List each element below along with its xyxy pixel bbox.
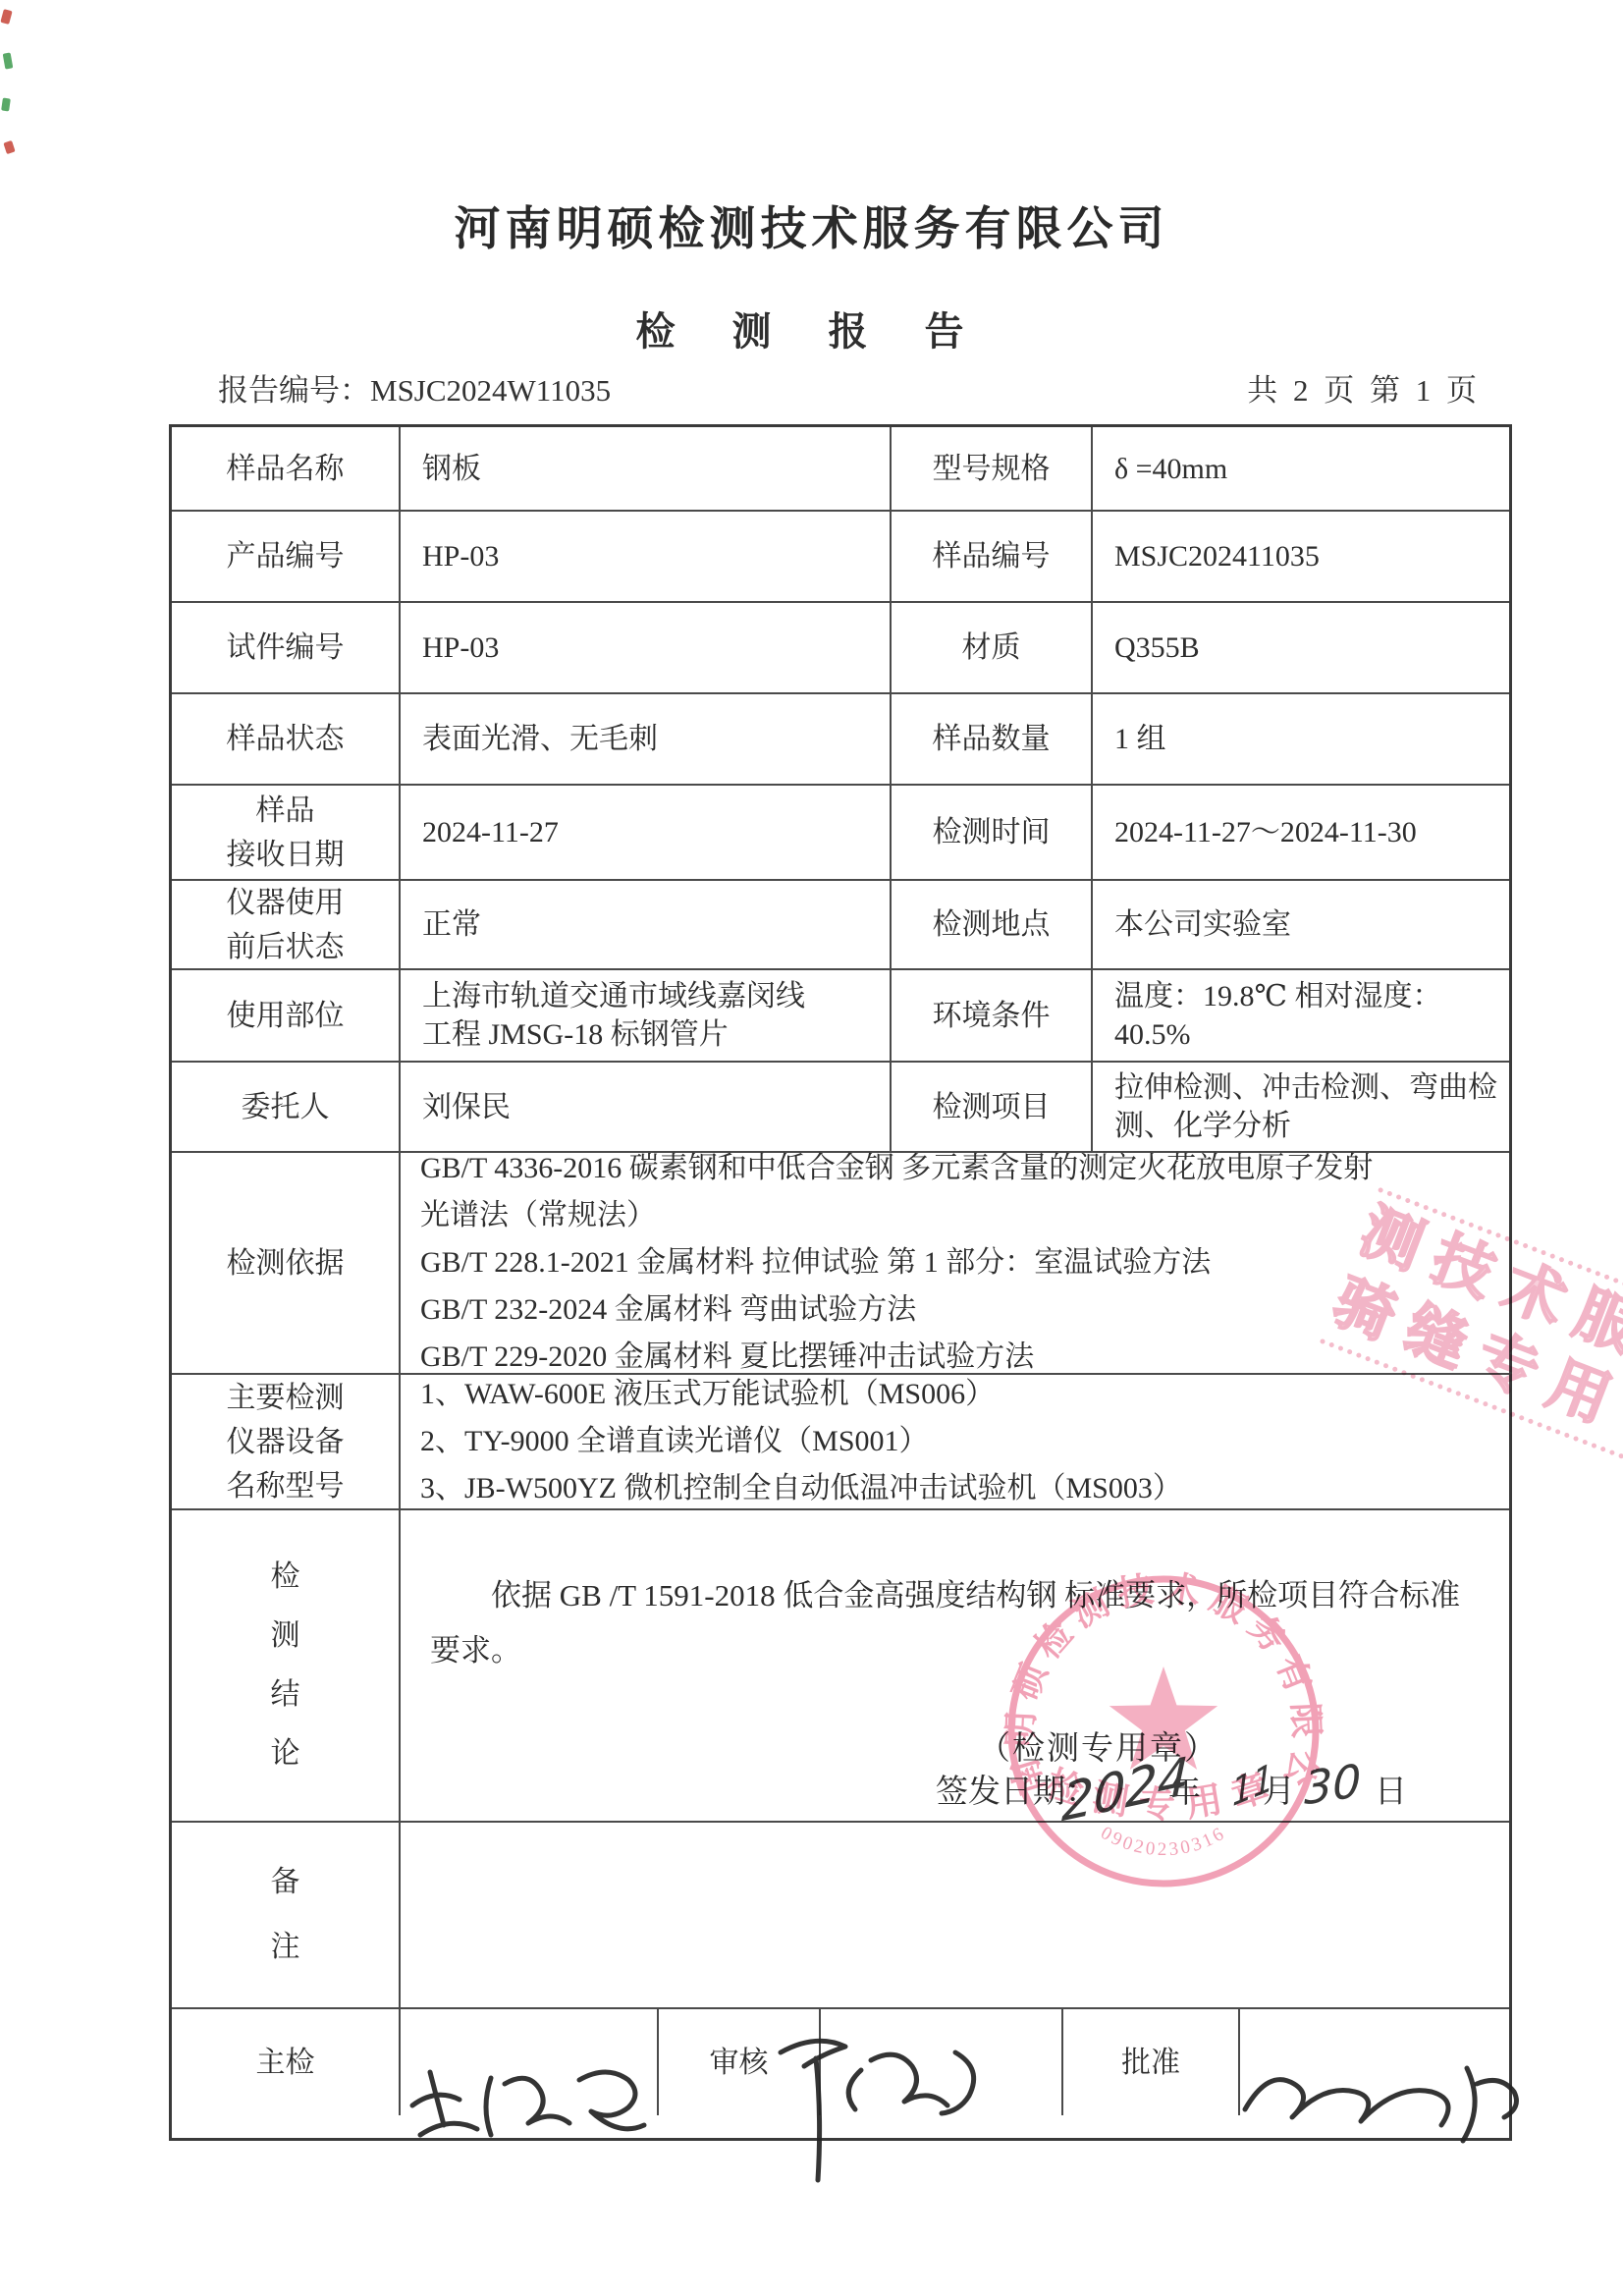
- field-label-specimen-no: 试件编号: [172, 603, 401, 692]
- report-number-label: 报告编号：: [218, 373, 370, 408]
- field-label-equipment: 主要检测 仪器设备 名称型号: [172, 1375, 401, 1508]
- field-label-sample-qty: 样品数量: [892, 694, 1093, 784]
- field-value-sample-qty: 1 组: [1093, 694, 1509, 784]
- field-label-receive-date: 样品 接收日期: [172, 786, 401, 879]
- table-row-conclusion: 检 测 结 论 依据 GB /T 1591-2018 低合金高强度结构钢 标准要…: [172, 1510, 1509, 1823]
- inspector-label: 主检: [172, 2009, 401, 2115]
- table-row: 试件编号 HP-03 材质 Q355B: [172, 603, 1509, 694]
- field-value-conclusion: 依据 GB /T 1591-2018 低合金高强度结构钢 标准要求，所检项目符合…: [401, 1510, 1509, 1821]
- approver-label: 批准: [1063, 2009, 1240, 2115]
- scanned-test-report-page: 河南明硕检测技术服务有限公司 检 测 报 告 报告编号：MSJC2024W110…: [0, 0, 1623, 2296]
- table-row: 仪器使用 前后状态 正常 检测地点 本公司实验室: [172, 881, 1509, 970]
- field-value-instrument-state: 正常: [401, 881, 892, 968]
- field-label-test-time: 检测时间: [892, 786, 1093, 879]
- approver-signature-cell: [1240, 2009, 1509, 2115]
- inspector-signature-cell: [401, 2009, 659, 2115]
- table-row-signatures: 主检 审核 批准: [172, 2009, 1509, 2115]
- report-table: 样品名称 钢板 型号规格 δ =40mm 产品编号 HP-03 样品编号 MSJ…: [169, 424, 1512, 2141]
- field-value-environment: 温度：19.8℃ 相对湿度：40.5%: [1093, 970, 1509, 1061]
- field-label-test-items: 检测项目: [892, 1063, 1093, 1151]
- table-row: 样品名称 钢板 型号规格 δ =40mm: [172, 427, 1509, 512]
- table-row-basis: 检测依据 GB/T 4336-2016 碳素钢和中低合金钢 多元素含量的测定火花…: [172, 1153, 1509, 1375]
- table-row: 产品编号 HP-03 样品编号 MSJC202411035: [172, 512, 1509, 603]
- field-value-sample-no: MSJC202411035: [1093, 512, 1509, 601]
- field-label-use-position: 使用部位: [172, 970, 401, 1061]
- field-value-sample-state: 表面光滑、无毛刺: [401, 694, 892, 784]
- document-title: 检 测 报 告: [0, 301, 1623, 356]
- field-label-remark: 备 注: [172, 1823, 401, 2007]
- field-label-product-no: 产品编号: [172, 512, 401, 601]
- reviewer-signature-cell: [821, 2009, 1063, 2115]
- scan-artifact: [0, 9, 12, 25]
- equipment-item-3: 3、JB-W500YZ 微机控制全自动低温冲击试验机（MS003）: [420, 1465, 1182, 1512]
- field-value-test-items: 拉伸检测、冲击检测、弯曲检 测、化学分析: [1093, 1063, 1509, 1151]
- field-value-test-place: 本公司实验室: [1093, 881, 1509, 968]
- field-value-receive-date: 2024-11-27: [401, 786, 892, 879]
- field-label-sample-no: 样品编号: [892, 512, 1093, 601]
- day-char: 日: [1375, 1772, 1407, 1814]
- equipment-item-2: 2、TY-9000 全谱直读光谱仪（MS001）: [420, 1418, 929, 1465]
- table-row: 样品 接收日期 2024-11-27 检测时间 2024-11-27～2024-…: [172, 786, 1509, 881]
- scan-artifact: [3, 140, 15, 154]
- field-value-sample-name: 钢板: [401, 427, 892, 510]
- field-label-test-place: 检测地点: [892, 881, 1093, 968]
- field-label-material: 材质: [892, 603, 1093, 692]
- field-value-equipment: 1、WAW-600E 液压式万能试验机（MS006） 2、TY-9000 全谱直…: [401, 1375, 1509, 1508]
- field-label-client: 委托人: [172, 1063, 401, 1151]
- field-label-sample-name: 样品名称: [172, 427, 401, 510]
- field-label-sample-state: 样品状态: [172, 694, 401, 784]
- basis-standard-3: GB/T 232-2024 金属材料 弯曲试验方法: [420, 1286, 916, 1334]
- field-value-specimen-no: HP-03: [401, 603, 892, 692]
- table-row: 委托人 刘保民 检测项目 拉伸检测、冲击检测、弯曲检 测、化学分析: [172, 1063, 1509, 1153]
- scan-artifact: [3, 52, 14, 69]
- field-value-test-time: 2024-11-27～2024-11-30: [1093, 786, 1509, 879]
- field-value-use-position: 上海市轨道交通市域线嘉闵线 工程 JMSG-18 标钢管片: [401, 970, 892, 1061]
- company-name-title: 河南明硕检测技术服务有限公司: [0, 192, 1623, 258]
- field-label-environment: 环境条件: [892, 970, 1093, 1061]
- table-row: 样品状态 表面光滑、无毛刺 样品数量 1 组: [172, 694, 1509, 786]
- field-value-material: Q355B: [1093, 603, 1509, 692]
- equipment-item-1: 1、WAW-600E 液压式万能试验机（MS006）: [420, 1371, 995, 1418]
- table-row-equipment: 主要检测 仪器设备 名称型号 1、WAW-600E 液压式万能试验机（MS006…: [172, 1375, 1509, 1510]
- field-label-instrument-state: 仪器使用 前后状态: [172, 881, 401, 968]
- page-count: 共 2 页 第 1 页: [1247, 365, 1481, 410]
- field-value-product-no: HP-03: [401, 512, 892, 601]
- field-value-client: 刘保民: [401, 1063, 892, 1151]
- field-label-model-spec: 型号规格: [892, 427, 1093, 510]
- handwritten-day: 30: [1304, 1752, 1361, 1820]
- reviewer-label: 审核: [659, 2009, 821, 2115]
- field-label-test-basis: 检测依据: [172, 1153, 401, 1373]
- field-value-model-spec: δ =40mm: [1093, 427, 1509, 510]
- scan-artifact: [1, 98, 11, 112]
- field-label-conclusion: 检 测 结 论: [172, 1510, 401, 1821]
- table-row: 使用部位 上海市轨道交通市域线嘉闵线 工程 JMSG-18 标钢管片 环境条件 …: [172, 970, 1509, 1063]
- conclusion-text: 依据 GB /T 1591-2018 低合金高强度结构钢 标准要求，所检项目符合…: [430, 1568, 1484, 1678]
- report-meta-line: 报告编号：MSJC2024W11035 共 2 页 第 1 页: [0, 365, 1623, 407]
- basis-standard-1: GB/T 4336-2016 碳素钢和中低合金钢 多元素含量的测定火花放电原子发…: [420, 1145, 1373, 1239]
- field-value-test-basis: GB/T 4336-2016 碳素钢和中低合金钢 多元素含量的测定火花放电原子发…: [401, 1153, 1509, 1373]
- report-number-value: MSJC2024W11035: [370, 373, 611, 408]
- report-number: 报告编号：MSJC2024W11035: [218, 365, 611, 410]
- basis-standard-2: GB/T 228.1-2021 金属材料 拉伸试验 第 1 部分：室温试验方法: [420, 1239, 1211, 1286]
